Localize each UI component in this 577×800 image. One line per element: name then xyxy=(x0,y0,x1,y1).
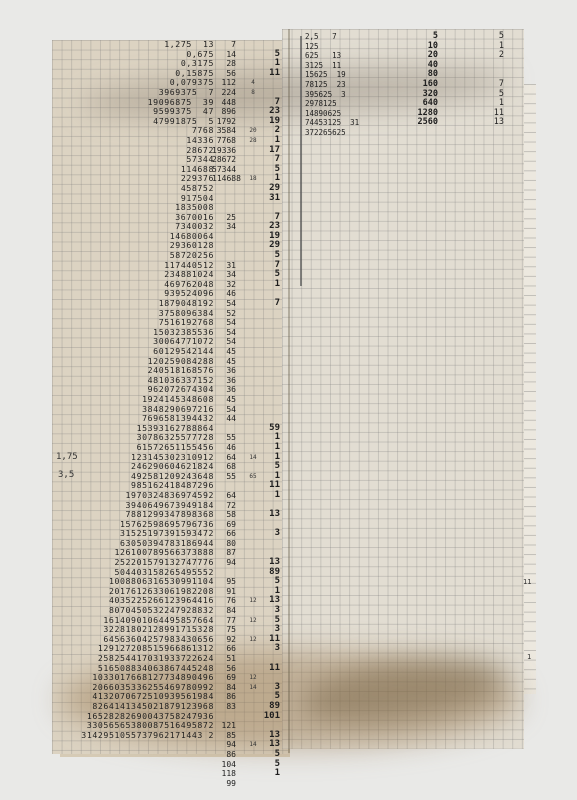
right-prime-column: 5 1 11 7 23 19 2 1 17 7 5 1 29 31 7 23 1… xyxy=(262,40,280,779)
middle-number-column: 7 14 28 56 112 224 448 896 1792 3584 776… xyxy=(212,40,236,788)
right-page-right-column: 5 1 2 7 5 1 11 13 xyxy=(486,32,504,128)
right-page-doubling-column: 5 10 20 40 80 160 320 640 1280 2560 xyxy=(390,32,438,128)
triangle-number-column: 1,275 13 0,675 0,3175 0,15875 0,079375 3… xyxy=(54,40,214,740)
margin-line xyxy=(300,36,302,286)
side-paper-strip xyxy=(524,84,536,694)
margin-note: 3,5 xyxy=(58,470,74,480)
page-fold xyxy=(288,29,290,753)
edge-note: 11 xyxy=(523,578,531,586)
edge-note: 1 xyxy=(527,653,531,661)
right-page-left-column: 2,5 7 125 625 13 3125 11 15625 19 78125 … xyxy=(305,32,400,138)
margin-note: 1,75 xyxy=(56,452,78,462)
